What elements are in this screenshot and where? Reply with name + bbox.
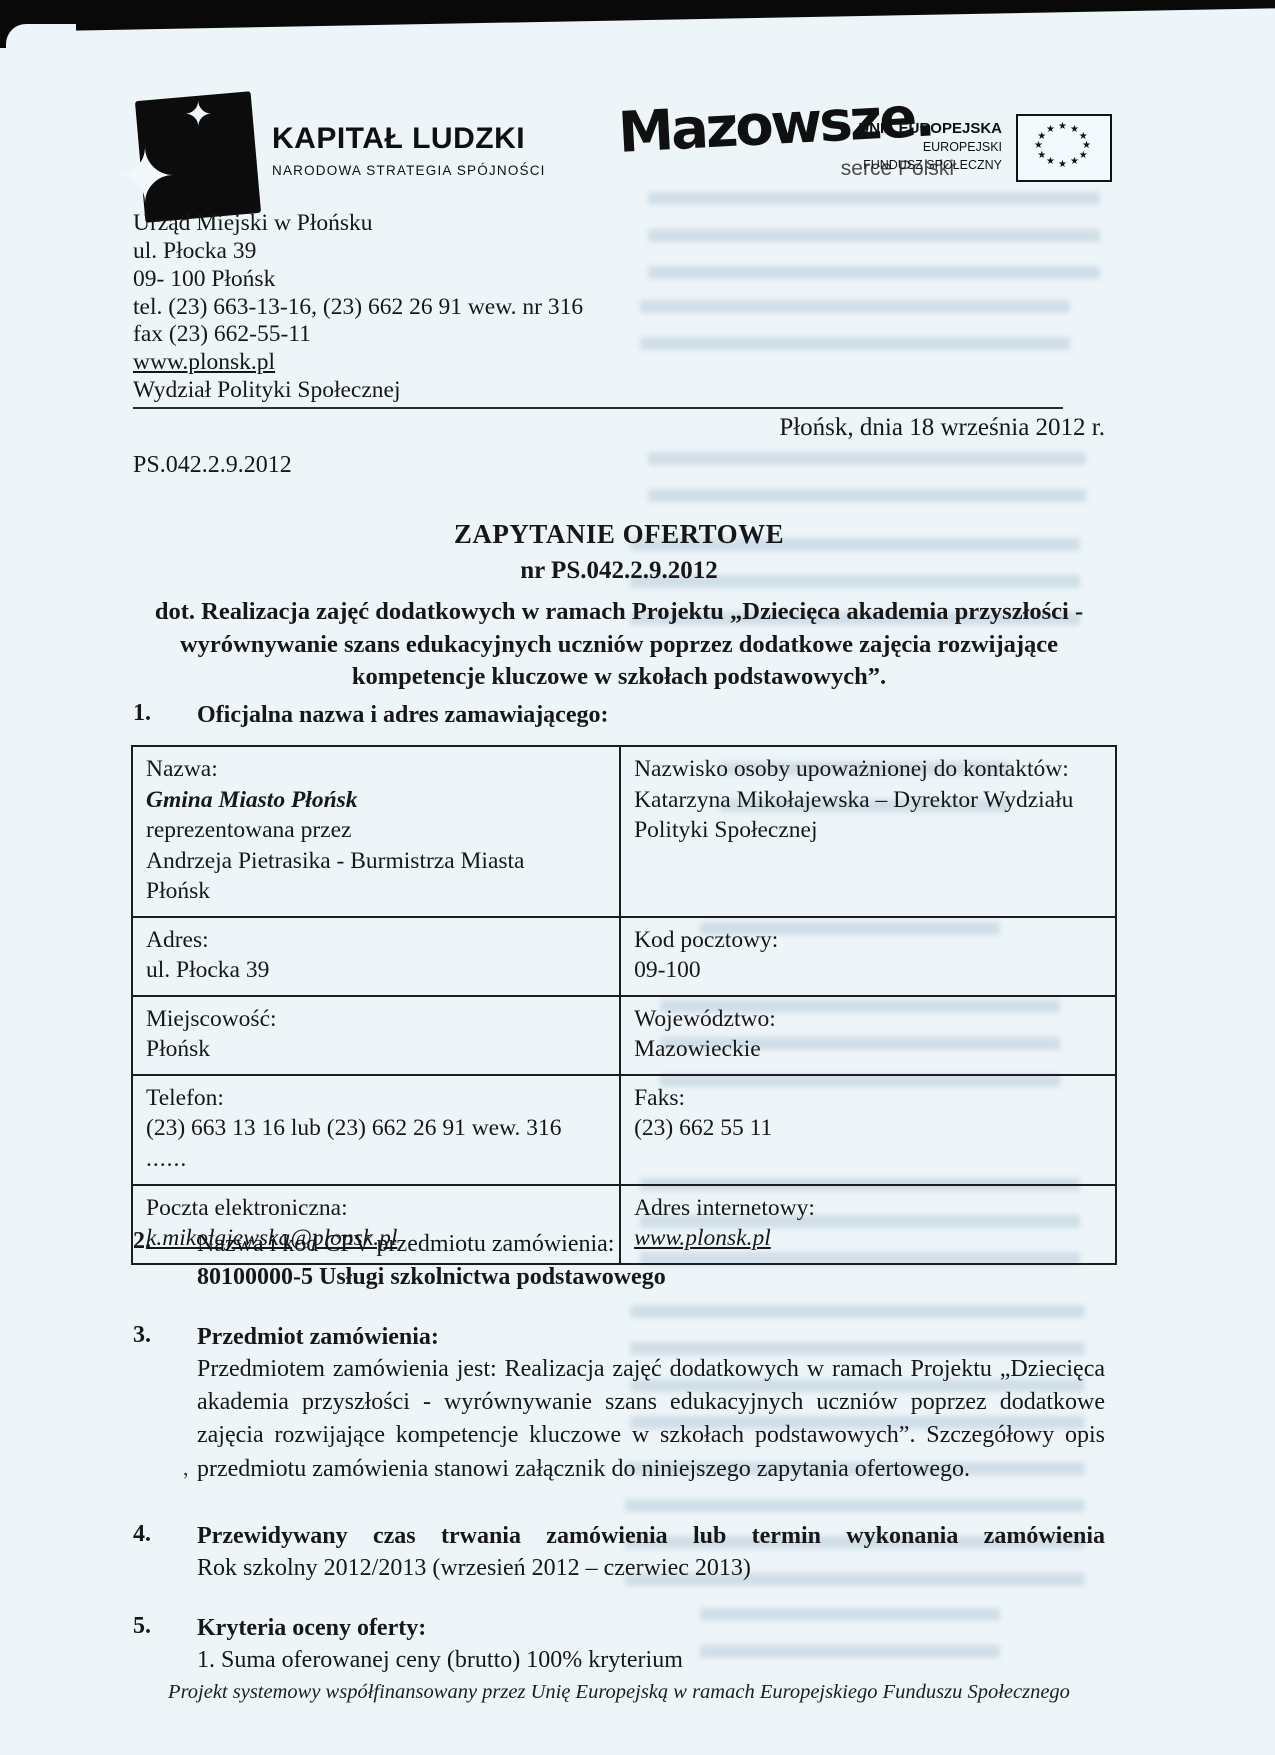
section-2: 2. Nazwa i kod CPV przedmiotu zamówienia… bbox=[133, 1228, 1105, 1294]
cell-label: Adres: bbox=[146, 925, 606, 956]
section-2-number: 2. bbox=[133, 1228, 151, 1255]
table-cell-voivodeship: Województwo: Mazowieckie bbox=[619, 997, 1115, 1074]
cell-label: Telefon: bbox=[146, 1083, 606, 1114]
authority-name: Gmina Miasto Płońsk bbox=[146, 785, 606, 816]
kapital-ludzki-title: KAPITAŁ LUDZKI bbox=[272, 122, 546, 156]
table-cell-telephone: Telefon: (23) 663 13 16 lub (23) 662 26 … bbox=[133, 1076, 619, 1184]
scan-top-edge bbox=[0, 0, 1275, 32]
dateline: Płońsk, dnia 18 września 2012 r. bbox=[133, 414, 1105, 442]
table-row: Adres: ul. Płocka 39 Kod pocztowy: 09-10… bbox=[133, 916, 1115, 995]
cell-value: (23) 663 13 16 lub (23) 662 26 91 wew. 3… bbox=[146, 1113, 606, 1144]
table-row: Miejscowość: Płońsk Województwo: Mazowie… bbox=[133, 995, 1115, 1074]
eu-flag-icon: ★★★★★★★★★★★★ bbox=[1016, 114, 1112, 182]
table-cell-name: Nazwa: Gmina Miasto Płońsk reprezentowan… bbox=[133, 747, 619, 916]
bleed-through-artifact bbox=[640, 300, 1070, 358]
cell-line: Andrzeja Pietrasika - Burmistrza Miasta bbox=[146, 846, 606, 877]
sender-street: ul. Płocka 39 bbox=[133, 238, 583, 266]
sender-department: Wydział Polityki Społecznej bbox=[133, 377, 583, 405]
cell-label: Miejscowość: bbox=[146, 1004, 606, 1035]
kapital-ludzki-logo: ✦ ✦ bbox=[140, 96, 256, 218]
section-1-heading: Oficjalna nazwa i adres zamawiającego: bbox=[197, 700, 1105, 731]
section-5-heading: Kryteria oceny oferty: bbox=[197, 1613, 1105, 1644]
sender-address-block: Urząd Miejski w Płońsku ul. Płocka 39 09… bbox=[133, 210, 583, 405]
cell-dots: ...... bbox=[146, 1144, 606, 1175]
section-1-number: 1. bbox=[133, 700, 151, 727]
table-row: Telefon: (23) 663 13 16 lub (23) 662 26 … bbox=[133, 1074, 1115, 1184]
star-icon: ✦ bbox=[114, 140, 176, 214]
section-3-heading: Przedmiot zamówienia: bbox=[197, 1322, 1105, 1353]
document-title-block: ZAPYTANIE OFERTOWE nr PS.042.2.9.2012 do… bbox=[133, 519, 1105, 694]
eu-line3: FUNDUSZ SPOŁECZNY bbox=[852, 157, 1002, 175]
section-4-heading: Przewidywany czas trwania zamówienia lub… bbox=[197, 1521, 1105, 1552]
section-5-number: 5. bbox=[133, 1613, 151, 1640]
document-subject: dot. Realizacja zajęć dodatkowych w rama… bbox=[133, 596, 1105, 694]
cell-value: (23) 662 55 11 bbox=[634, 1113, 1102, 1144]
eu-star-icon: ★ bbox=[1034, 141, 1043, 151]
footer-cofinancing-note: Projekt systemowy współfinansowany przez… bbox=[133, 1681, 1105, 1704]
cell-label: Nazwa: bbox=[146, 754, 606, 785]
scanned-document-page: { "header": { "kapital_ludzki": { "title… bbox=[0, 0, 1275, 1755]
section-4-number: 4. bbox=[133, 1521, 151, 1548]
reference-number: PS.042.2.9.2012 bbox=[133, 452, 292, 479]
eu-star-icon: ★ bbox=[1058, 160, 1067, 170]
cell-label: Adres internetowy: bbox=[634, 1193, 1102, 1224]
section-1: 1. Oficjalna nazwa i adres zamawiającego… bbox=[133, 700, 1105, 731]
cell-value: 09-100 bbox=[634, 955, 1102, 986]
sender-postal: 09- 100 Płońsk bbox=[133, 266, 583, 294]
page-rounded-corner bbox=[6, 24, 76, 70]
cell-line: Płońsk bbox=[146, 876, 606, 907]
eu-star-icon: ★ bbox=[1070, 157, 1079, 167]
eu-star-icon: ★ bbox=[1079, 151, 1088, 161]
cpv-code: 80100000-5 Usługi szkolnictwa podstawowe… bbox=[197, 1261, 1105, 1294]
bleed-through-artifact bbox=[648, 452, 1086, 508]
eu-star-icon: ★ bbox=[1046, 125, 1055, 135]
cell-value: ul. Płocka 39 bbox=[146, 955, 606, 986]
sender-phone: tel. (23) 663-13-16, (23) 662 26 91 wew.… bbox=[133, 294, 583, 322]
kapital-ludzki-subtitle: NARODOWA STRATEGIA SPÓJNOŚCI bbox=[272, 163, 546, 178]
section-3: 3. Przedmiot zamówienia: Przedmiotem zam… bbox=[133, 1322, 1105, 1486]
person-silhouette-icon bbox=[182, 158, 224, 188]
table-cell-postal-code: Kod pocztowy: 09-100 bbox=[619, 918, 1115, 995]
cell-value: Mazowieckie bbox=[634, 1034, 1102, 1065]
eu-star-icon: ★ bbox=[1037, 132, 1046, 142]
table-cell-address: Adres: ul. Płocka 39 bbox=[133, 918, 619, 995]
cell-value: Płońsk bbox=[146, 1034, 606, 1065]
bleed-through-artifact bbox=[648, 192, 1100, 294]
sender-name: Urząd Miejski w Płońsku bbox=[133, 210, 583, 238]
table-row: Nazwa: Gmina Miasto Płońsk reprezentowan… bbox=[133, 747, 1115, 916]
contact-person: Katarzyna Mikołajewska – Dyrektor Wydzia… bbox=[634, 785, 1102, 846]
authority-table: Nazwa: Gmina Miasto Płońsk reprezentowan… bbox=[131, 745, 1117, 1265]
table-cell-fax: Faks: (23) 662 55 11 bbox=[619, 1076, 1115, 1184]
eu-star-icon: ★ bbox=[1058, 122, 1067, 132]
eu-star-icon: ★ bbox=[1037, 151, 1046, 161]
person-silhouette-icon bbox=[192, 138, 214, 160]
eu-star-icon: ★ bbox=[1070, 125, 1079, 135]
section-3-body: Przedmiotem zamówienia jest: Realizacja … bbox=[197, 1353, 1105, 1485]
sender-website-link[interactable]: www.plonsk.pl bbox=[133, 349, 583, 377]
section-3-number: 3. bbox=[133, 1322, 151, 1349]
cell-label: Kod pocztowy: bbox=[634, 925, 1102, 956]
cell-label: Poczta elektroniczna: bbox=[146, 1193, 606, 1224]
document-title: ZAPYTANIE OFERTOWE bbox=[133, 519, 1105, 550]
eu-star-icon: ★ bbox=[1046, 157, 1055, 167]
cell-label: Faks: bbox=[634, 1083, 1102, 1114]
section-5: 5. Kryteria oceny oferty: 1. Suma oferow… bbox=[133, 1613, 1105, 1677]
cell-label: Województwo: bbox=[634, 1004, 1102, 1035]
section-2-heading: Nazwa i kod CPV przedmiotu zamówienia: bbox=[197, 1228, 1105, 1261]
eu-funds-text: UNIA EUROPEJSKA EUROPEJSKI FUNDUSZ SPOŁE… bbox=[852, 118, 1002, 174]
table-cell-city: Miejscowość: Płońsk bbox=[133, 997, 619, 1074]
table-cell-contact-person: Nazwisko osoby upoważnionej do kontaktów… bbox=[619, 747, 1115, 916]
horizontal-rule bbox=[133, 407, 1063, 409]
kapital-ludzki-text: KAPITAŁ LUDZKI NARODOWA STRATEGIA SPÓJNO… bbox=[272, 122, 546, 178]
sender-fax: fax (23) 662-55-11 bbox=[133, 321, 583, 349]
star-icon: ✦ bbox=[184, 98, 213, 132]
document-title-number: nr PS.042.2.9.2012 bbox=[133, 557, 1105, 585]
section-4-body: Rok szkolny 2012/2013 (wrzesień 2012 – c… bbox=[197, 1552, 1105, 1585]
cell-line: reprezentowana przez bbox=[146, 815, 606, 846]
eu-line1: UNIA EUROPEJSKA bbox=[852, 118, 1002, 139]
section-4: 4. Przewidywany czas trwania zamówienia … bbox=[133, 1521, 1105, 1585]
eu-line2: EUROPEJSKI bbox=[852, 139, 1002, 157]
cell-label: Nazwisko osoby upoważnionej do kontaktów… bbox=[634, 754, 1102, 785]
section-5-body: 1. Suma oferowanej ceny (brutto) 100% kr… bbox=[197, 1644, 1105, 1677]
